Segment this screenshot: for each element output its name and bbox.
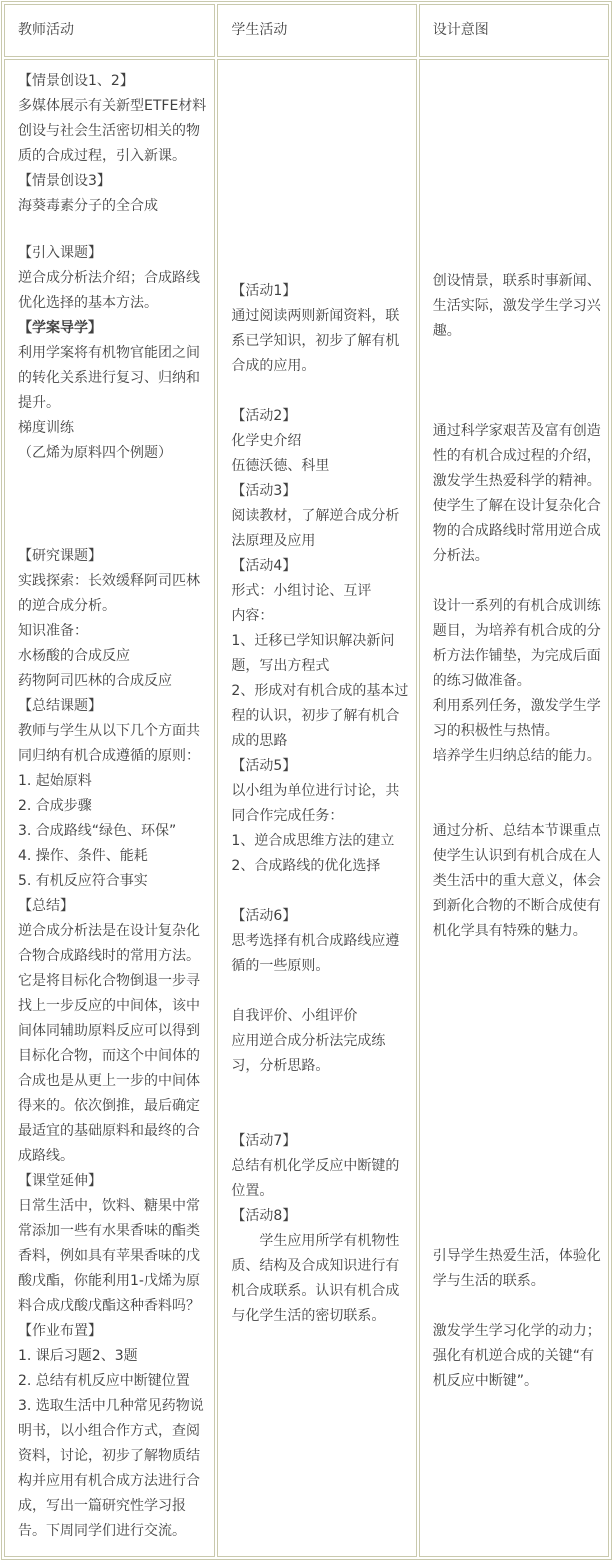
paragraph: 4. 操作、条件、能耗 — [18, 844, 208, 869]
student-activities-content: 【活动1】通过阅读两则新闻资料，联系已学知识，初步了解有机合成的应用。【活动2】… — [231, 69, 409, 1329]
column-header-teacher: 教师活动 — [4, 4, 215, 57]
spacer — [18, 466, 208, 544]
paragraph: 知识准备： — [18, 619, 208, 644]
section-header: 【活动6】 — [231, 904, 409, 929]
section-header: 【活动7】 — [231, 1129, 409, 1154]
teacher-activities-cell: 【情景创设1、2】多媒体展示有关新型ETFE材料创设与社会生活密切相关的物质的合… — [4, 59, 215, 1557]
paragraph: 设计一系列的有机合成训练题目，为培养有机合成的分析方法作铺垫，为完成后面的练习做… — [433, 594, 602, 694]
paragraph: 思考选择有机合成路线应遵循的一些原则。 — [231, 929, 409, 979]
paragraph: 日常生活中，饮料、糖果中常常添加一些有水果香味的酯类香料，例如具有苹果香味的戊酸… — [18, 1194, 208, 1319]
paragraph: 1. 课后习题2、3题 — [18, 1344, 208, 1369]
section-header: 【作业布置】 — [18, 1319, 208, 1344]
lesson-plan-table: 教师活动 学生活动 设计意图 【情景创设1、2】多媒体展示有关新型ETFE材料创… — [1, 1, 612, 1560]
paragraph: 教师与学生从以下几个方面共同归纳有机合成遵循的原则： — [18, 719, 208, 769]
paragraph: 2、形成对有机合成的基本过程的认识，初步了解有机合成的思路 — [231, 679, 409, 754]
section-header: 【活动8】 — [231, 1204, 409, 1229]
paragraph: 利用系列任务，激发学生学习的积极性与热情。 — [433, 694, 602, 744]
spacer — [433, 944, 602, 1244]
paragraph: 引导学生热爱生活，体验化学与生活的联系。 — [433, 1244, 602, 1294]
section-header: 【课堂延伸】 — [18, 1169, 208, 1194]
paragraph: 应用逆合成分析法完成练习，分析思路。 — [231, 1029, 409, 1079]
section-header: 【研究课题】 — [18, 544, 208, 569]
spacer — [231, 979, 409, 1004]
column-header-intent: 设计意图 — [419, 4, 609, 57]
paragraph: 总结有机化学反应中断键的位置。 — [231, 1154, 409, 1204]
section-header: 【活动1】 — [231, 279, 409, 304]
section-header: 【学案导学】 — [18, 316, 208, 341]
paragraph: 以小组为单位进行讨论，共同合作完成任务： — [231, 779, 409, 829]
paragraph: 化学史介绍 — [231, 429, 409, 454]
paragraph: 阅读教材，了解逆合成分析法原理及应用 — [231, 504, 409, 554]
paragraph: 1、迁移已学知识解决新问题，写出方程式 — [231, 629, 409, 679]
section-header: 【情景创设1、2】 — [18, 69, 208, 94]
paragraph: 3. 合成路线“绿色、环保” — [18, 819, 208, 844]
paragraph: 2. 总结有机反应中断键位置 — [18, 1369, 208, 1394]
paragraph: 激发学生学习化学的动力；强化有机逆合成的关键“有机反应中断键”。 — [433, 1319, 602, 1394]
paragraph: 内容： — [231, 604, 409, 629]
paragraph: 3. 选取生活中几种常见药物说明书，以小组合作方式，查阅资料，讨论，初步了解物质… — [18, 1394, 208, 1544]
spacer — [433, 1294, 602, 1319]
header-row: 教师活动 学生活动 设计意图 — [4, 4, 609, 57]
paragraph: 通过科学家艰苦及富有创造性的有机合成过程的介绍，激发学生热爱科学的精神。 — [433, 419, 602, 494]
spacer — [231, 69, 409, 279]
paragraph: 5. 有机反应符合事实 — [18, 869, 208, 894]
paragraph: 形式：小组讨论、互评 — [231, 579, 409, 604]
spacer — [433, 769, 602, 819]
section-header: 【活动5】 — [231, 754, 409, 779]
paragraph: 2. 合成步骤 — [18, 794, 208, 819]
section-header: 【引入课题】 — [18, 241, 208, 266]
paragraph: 逆合成分析法介绍；合成路线优化选择的基本方法。 — [18, 266, 208, 316]
paragraph: （乙烯为原料四个例题） — [18, 441, 208, 466]
paragraph: 多媒体展示有关新型ETFE材料创设与社会生活密切相关的物质的合成过程，引入新课。 — [18, 94, 208, 169]
design-intent-cell: 创设情景，联系时事新闻、生活实际，激发学生学习兴趣。通过科学家艰苦及富有创造性的… — [419, 59, 609, 1557]
paragraph: 海葵毒素分子的全合成 — [18, 194, 208, 219]
student-activities-cell: 【活动1】通过阅读两则新闻资料，联系已学知识，初步了解有机合成的应用。【活动2】… — [217, 59, 416, 1557]
paragraph: 1. 起始原料 — [18, 769, 208, 794]
spacer — [433, 344, 602, 419]
section-header: 【情景创设3】 — [18, 169, 208, 194]
paragraph: 药物阿司匹林的合成反应 — [18, 669, 208, 694]
paragraph: 自我评价、小组评价 — [231, 1004, 409, 1029]
paragraph: 培养学生归纳总结的能力。 — [433, 744, 602, 769]
spacer — [433, 69, 602, 269]
paragraph: 1、逆合成思维方法的建立 — [231, 829, 409, 854]
section-header: 【活动2】 — [231, 404, 409, 429]
paragraph: 2、合成路线的优化选择 — [231, 854, 409, 879]
teacher-activities-content: 【情景创设1、2】多媒体展示有关新型ETFE材料创设与社会生活密切相关的物质的合… — [18, 69, 208, 1544]
paragraph: 水杨酸的合成反应 — [18, 644, 208, 669]
section-header: 【活动4】 — [231, 554, 409, 579]
section-header: 【活动3】 — [231, 479, 409, 504]
paragraph: 实践探索：长效缓释阿司匹林的逆合成分析。 — [18, 569, 208, 619]
spacer — [231, 379, 409, 404]
paragraph: 利用学案将有机物官能团之间的转化关系进行复习、归纳和提升。 — [18, 341, 208, 416]
spacer — [18, 219, 208, 241]
content-row: 【情景创设1、2】多媒体展示有关新型ETFE材料创设与社会生活密切相关的物质的合… — [4, 59, 609, 1557]
paragraph: 梯度训练 — [18, 416, 208, 441]
paragraph: 使学生了解在设计复杂化合物的合成路线时常用逆合成分析法。 — [433, 494, 602, 569]
paragraph: 学生应用所学有机物性质、结构及合成知识进行有机合成联系。认识有机合成与化学生活的… — [231, 1229, 409, 1329]
spacer — [231, 1079, 409, 1129]
paragraph: 通过分析、总结本节课重点使学生认识到有机合成在人类生活中的重大意义，体会到新化合… — [433, 819, 602, 944]
design-intent-content: 创设情景，联系时事新闻、生活实际，激发学生学习兴趣。通过科学家艰苦及富有创造性的… — [433, 69, 602, 1394]
column-header-student: 学生活动 — [217, 4, 416, 57]
section-header: 【总结课题】 — [18, 694, 208, 719]
spacer — [433, 569, 602, 594]
paragraph: 伍德沃德、科里 — [231, 454, 409, 479]
spacer — [231, 879, 409, 904]
paragraph: 通过阅读两则新闻资料，联系已学知识，初步了解有机合成的应用。 — [231, 304, 409, 379]
paragraph: 逆合成分析法是在设计复杂化合物合成路线时的常用方法。它是将目标化合物倒退一步寻找… — [18, 919, 208, 1169]
paragraph: 创设情景，联系时事新闻、生活实际，激发学生学习兴趣。 — [433, 269, 602, 344]
lesson-plan-page: 教师活动 学生活动 设计意图 【情景创设1、2】多媒体展示有关新型ETFE材料创… — [0, 0, 613, 1561]
section-header: 【总结】 — [18, 894, 208, 919]
